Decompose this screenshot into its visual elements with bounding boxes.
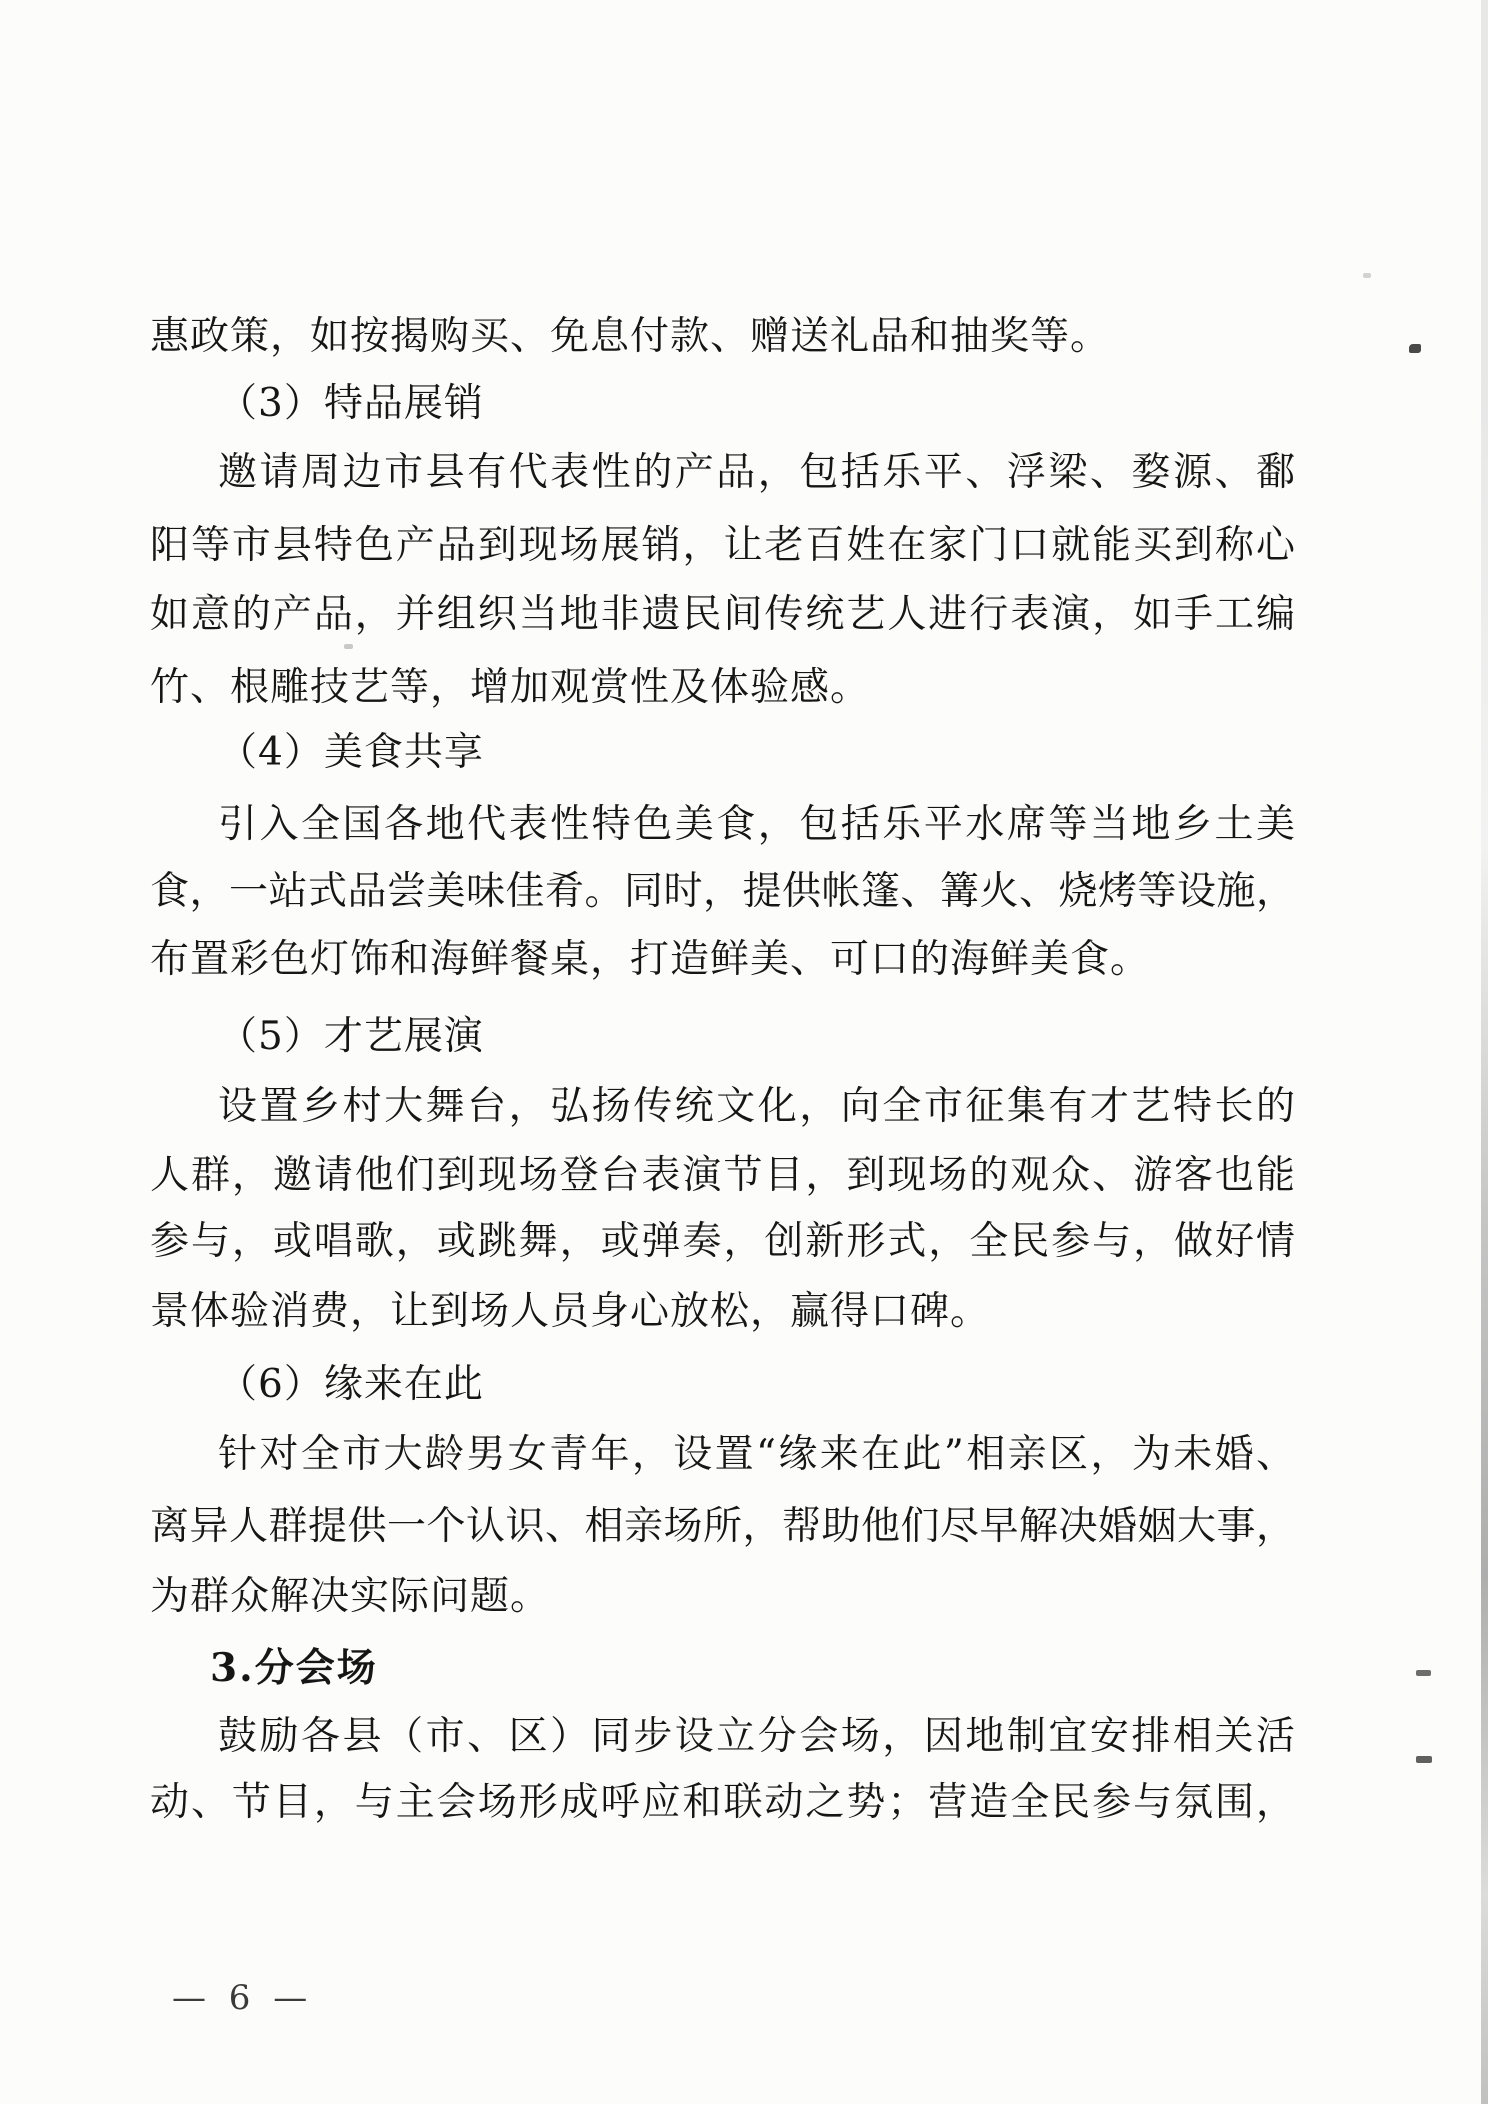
body-line: 引入全国各地代表性特色美食，包括乐平水席等当地乡土美	[218, 790, 1295, 860]
body-line: 离异人群提供一个认识、相亲场所，帮助他们尽早解决婚姻大事，	[150, 1492, 1295, 1562]
body-line: 针对全市大龄男女青年，设置“缘来在此”相亲区，为未婚、	[218, 1420, 1295, 1490]
scan-speck	[1363, 273, 1371, 278]
body-line: 动、节目，与主会场形成呼应和联动之势；营造全民参与氛围，	[150, 1768, 1295, 1838]
body-line: 竹、根雕技艺等，增加观赏性及体验感。	[150, 653, 870, 723]
body-line: 邀请周边市县有代表性的产品，包括乐平、浮梁、婺源、鄱	[218, 438, 1295, 508]
scan-speck	[1416, 1756, 1432, 1763]
page-number: — 6 —	[172, 1978, 313, 2018]
body-line: 阳等市县特色产品到现场展销，让老百姓在家门口就能买到称心	[150, 511, 1295, 581]
body-line: 为群众解决实际问题。	[150, 1562, 550, 1632]
body-line: 鼓励各县（市、区）同步设立分会场，因地制宜安排相关活	[218, 1702, 1295, 1772]
body-line: 惠政策，如按揭购买、免息付款、赠送礼品和抽奖等。	[150, 302, 1110, 372]
scanned-document-page: 惠政策，如按揭购买、免息付款、赠送礼品和抽奖等。 （3）特品展销 邀请周边市县有…	[0, 0, 1488, 2104]
scan-speck	[344, 644, 353, 649]
body-line: 人群，邀请他们到现场登台表演节目，到现场的观众、游客也能	[150, 1141, 1295, 1211]
scan-edge-streak	[1481, 0, 1488, 2104]
heading-food-sharing: （4）美食共享	[218, 718, 484, 788]
body-line: 布置彩色灯饰和海鲜餐桌，打造鲜美、可口的海鲜美食。	[150, 925, 1150, 995]
body-line: 如意的产品，并组织当地非遗民间传统艺人进行表演，如手工编	[150, 580, 1295, 650]
heading-talent-show: （5）才艺展演	[218, 1002, 484, 1072]
heading-special-products-exhibition: （3）特品展销	[218, 369, 484, 439]
scan-speck	[1416, 1670, 1431, 1676]
scan-speck	[1409, 344, 1421, 353]
body-line: 食，一站式品尝美味佳肴。同时，提供帐篷、篝火、烧烤等设施，	[150, 857, 1295, 927]
heading-sub-venue: 3.分会场	[210, 1633, 378, 1703]
body-line: 参与，或唱歌，或跳舞，或弹奏，创新形式，全民参与，做好情	[150, 1207, 1295, 1277]
heading-matchmaking-zone: （6）缘来在此	[218, 1350, 484, 1420]
body-line: 设置乡村大舞台，弘扬传统文化，向全市征集有才艺特长的	[218, 1072, 1295, 1142]
body-line: 景体验消费，让到场人员身心放松，赢得口碑。	[150, 1277, 990, 1347]
